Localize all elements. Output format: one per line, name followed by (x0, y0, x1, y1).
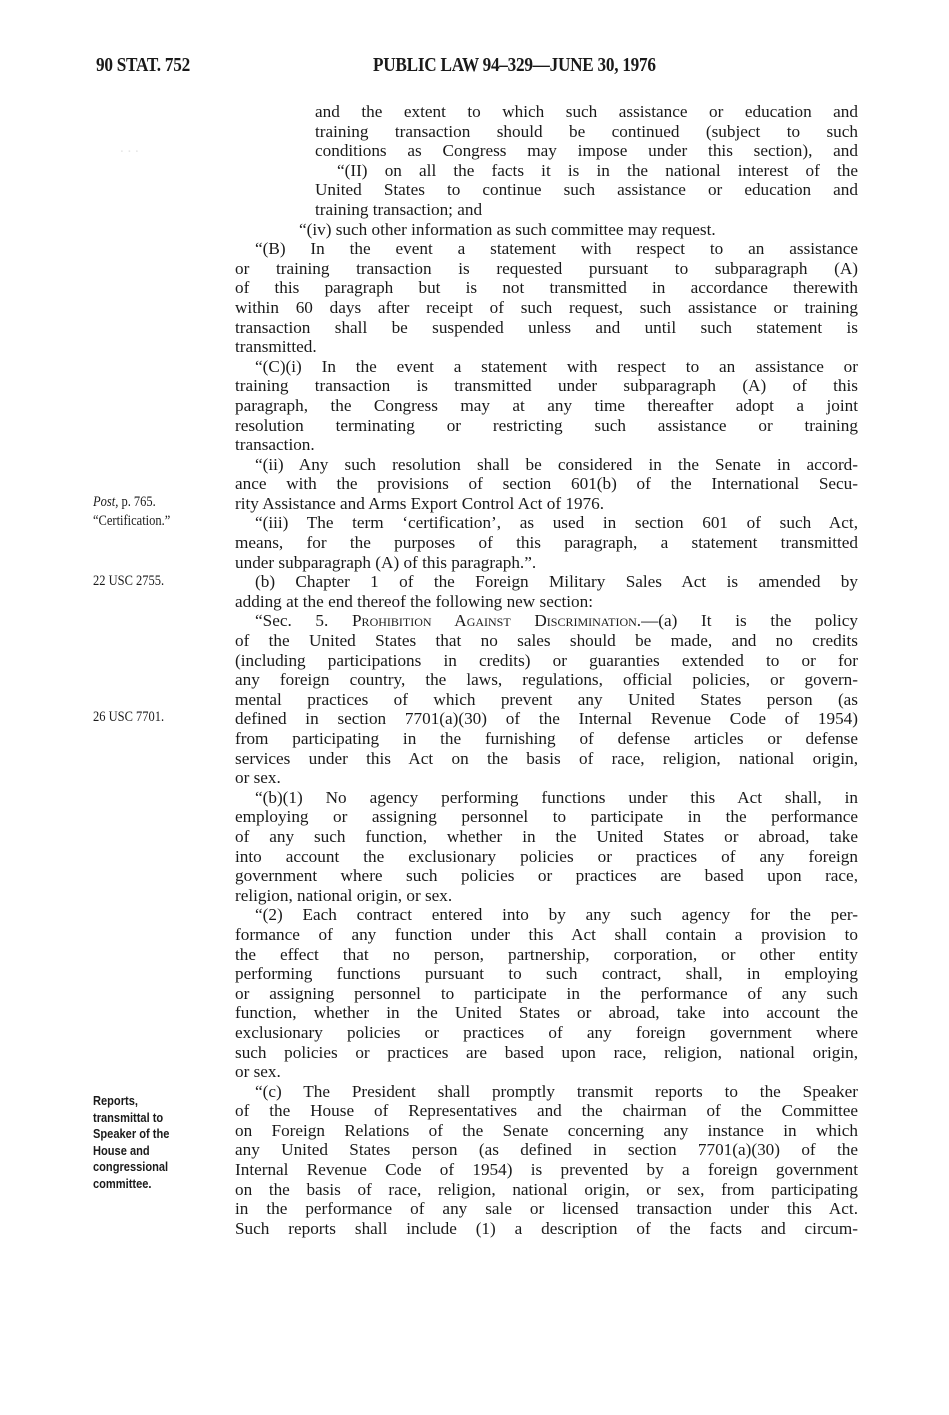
text-line: conditions as Congress may impose under … (235, 141, 858, 161)
text-line: or assigning personnel to participate in… (235, 984, 858, 1004)
margin-note-reports: Reports, transmittal to Speaker of the H… (93, 1093, 169, 1192)
text-line: the effect that no person, partnership, … (235, 945, 858, 965)
text-line: United States to continue such assistanc… (235, 180, 858, 200)
text-line: into account the exclusionary policies o… (235, 847, 858, 867)
text-line: resolution terminating or restricting su… (235, 416, 858, 436)
text-line: function, whether in the United States o… (235, 1003, 858, 1023)
text-line: training transaction; and (235, 200, 858, 220)
bleed-through-text: . . . (120, 140, 139, 157)
text-line: government where such policies or practi… (235, 866, 858, 886)
text-line: “(2) Each contract entered into by any s… (235, 905, 858, 925)
text-line: of any such function, whether in the Uni… (235, 827, 858, 847)
text-line: “(c) The President shall promptly transm… (235, 1082, 858, 1102)
text-line: of the United States that no sales shoul… (235, 631, 858, 651)
margin-note-22-usc-2755: 22 USC 2755. (93, 573, 164, 590)
margin-note-certification: “Certification.” (93, 513, 170, 530)
text-line: (b) Chapter 1 of the Foreign Military Sa… (235, 572, 858, 592)
text-line: transmitted. (235, 337, 858, 357)
text-line: ance with the provisions of section 601(… (235, 474, 858, 494)
text-line: training transaction is transmitted unde… (235, 376, 858, 396)
text-line: any United States person (as defined in … (235, 1140, 858, 1160)
text-line: paragraph, the Congress may at any time … (235, 396, 858, 416)
text-line: means, for the purposes of this paragrap… (235, 533, 858, 553)
statute-body-text: and the extent to which such assistance … (235, 102, 858, 1238)
text-line: or sex. (235, 768, 858, 788)
statute-page-reference: 90 STAT. 752 (96, 54, 190, 77)
text-line: “(ii) Any such resolution shall be consi… (235, 455, 858, 475)
text-line: on Foreign Relations of the Senate conce… (235, 1121, 858, 1141)
text-line: from participating in the furnishing of … (235, 729, 858, 749)
text-line: any foreign country, the laws, regulatio… (235, 670, 858, 690)
text-line: “(B) In the event a statement with respe… (235, 239, 858, 259)
text-line: such policies or practices are based upo… (235, 1043, 858, 1063)
section-5-heading-line: “Sec. 5. Prohibition Against Discriminat… (235, 611, 858, 631)
text-line: under subparagraph (A) of this paragraph… (235, 553, 858, 573)
text-line: on the basis of race, religion, national… (235, 1180, 858, 1200)
text-line: “(C)(i) In the event a statement with re… (235, 357, 858, 377)
text-line: of the House of Representatives and the … (235, 1101, 858, 1121)
text-line: transaction. (235, 435, 858, 455)
page-header: 90 STAT. 752 PUBLIC LAW 94–329—JUNE 30, … (0, 54, 949, 84)
text-line: performing functions pursuant to such co… (235, 964, 858, 984)
text-line: formance of any function under this Act … (235, 925, 858, 945)
text-line: “(iii) The term ‘certification’, as used… (235, 513, 858, 533)
text-line: mental practices of which prevent any Un… (235, 690, 858, 710)
text-line: (including participations in credits) or… (235, 651, 858, 671)
text-line: “(II) on all the facts it is in the nati… (235, 161, 858, 181)
text-line: in the performance of any sale or licens… (235, 1199, 858, 1219)
text-line: and the extent to which such assistance … (235, 102, 858, 122)
text-line: “(iv) such other information as such com… (235, 220, 858, 240)
text-line: of this paragraph but is not transmitted… (235, 278, 858, 298)
text-line: or sex. (235, 1062, 858, 1082)
margin-note-26-usc-7701: 26 USC 7701. (93, 709, 164, 726)
text-line: religion, national origin, or sex. (235, 886, 858, 906)
text-line: adding at the end thereof the following … (235, 592, 858, 612)
text-line: Internal Revenue Code of 1954) is preven… (235, 1160, 858, 1180)
public-law-title: PUBLIC LAW 94–329—JUNE 30, 1976 (373, 54, 656, 77)
text-line: “(b)(1) No agency performing functions u… (235, 788, 858, 808)
text-line: exclusionary policies or practices of an… (235, 1023, 858, 1043)
text-line: training transaction should be continued… (235, 122, 858, 142)
text-line: rity Assistance and Arms Export Control … (235, 494, 858, 514)
text-line: or training transaction is requested pur… (235, 259, 858, 279)
text-line: services under this Act on the basis of … (235, 749, 858, 769)
text-line: Such reports shall include (1) a descrip… (235, 1219, 858, 1239)
text-line: employing or assigning personnel to part… (235, 807, 858, 827)
text-line: defined in section 7701(a)(30) of the In… (235, 709, 858, 729)
section-heading: Prohibition Against Discrimination. (352, 611, 641, 630)
text-line: transaction shall be suspended unless an… (235, 318, 858, 338)
text-line: within 60 days after receipt of such req… (235, 298, 858, 318)
margin-note-post-reference: Post, p. 765. (93, 494, 156, 511)
